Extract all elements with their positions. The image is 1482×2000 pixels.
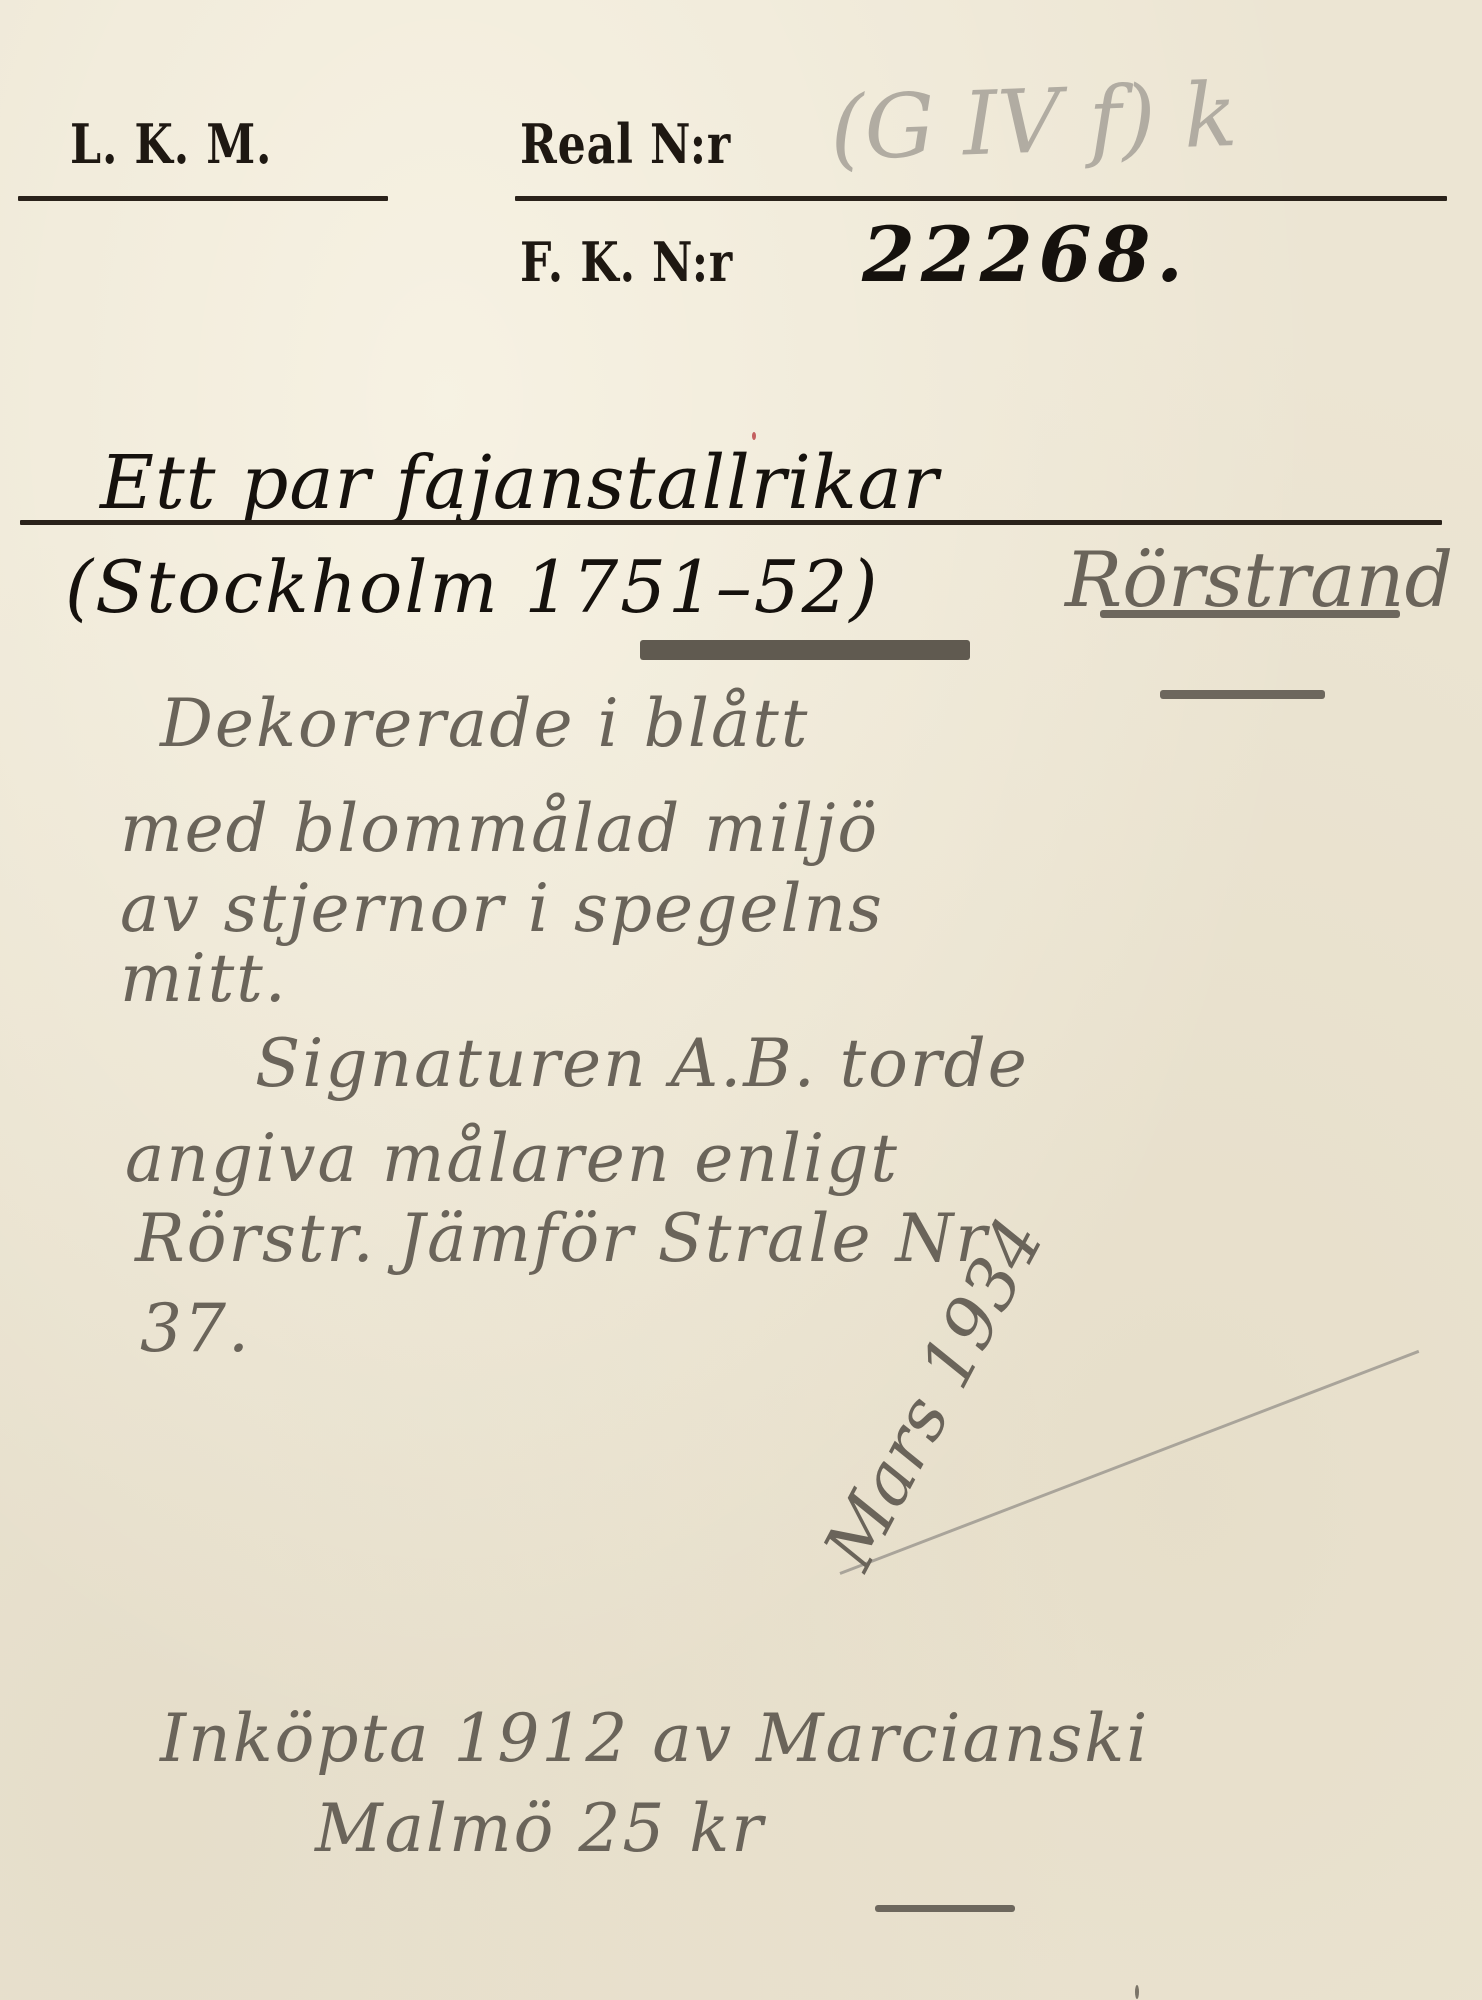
fk-number-value: 22268. xyxy=(862,210,1189,299)
title-rule xyxy=(20,520,1442,525)
description-line-6: angiva målaren enligt xyxy=(125,1120,899,1197)
lkm-label: L. K. M. xyxy=(70,112,272,176)
overline-stroke xyxy=(1160,690,1325,699)
description-line-2: med blommålad miljö xyxy=(120,790,879,867)
description-line-4: mitt. xyxy=(120,940,288,1017)
description-line-8: 37. xyxy=(140,1290,251,1367)
description-line-7: Rörstr. Jämför Strale Nr xyxy=(135,1200,989,1277)
object-origin: (Stockholm 1751–52) xyxy=(65,545,880,629)
acquisition-line-1: Inköpta 1912 av Marcianski xyxy=(160,1700,1149,1777)
description-line-1: Dekorerade i blått xyxy=(160,685,809,762)
catalog-card: L. K. M. Real N:r (G IV f) k F. K. N:r 2… xyxy=(0,0,1482,2000)
fk-number-label: F. K. N:r xyxy=(520,230,733,294)
ink-speck xyxy=(1135,1985,1139,1999)
acquisition-line-2: Malmö 25 kr xyxy=(315,1790,765,1867)
description-line-3: av stjernor i spegelns xyxy=(120,870,884,947)
real-number-value: (G IV f) k xyxy=(828,63,1238,180)
description-line-5: Signaturen A.B. torde xyxy=(255,1025,1029,1102)
lkm-underline xyxy=(18,196,388,201)
red-speck xyxy=(752,432,756,440)
price-underline xyxy=(875,1905,1015,1912)
real-number-label: Real N:r xyxy=(520,112,731,176)
manufacturer-underline xyxy=(1100,610,1400,618)
date-underline-bar xyxy=(640,640,970,660)
real-number-underline xyxy=(515,196,1447,201)
object-name: Ett par fajanstallrikar xyxy=(100,440,939,526)
